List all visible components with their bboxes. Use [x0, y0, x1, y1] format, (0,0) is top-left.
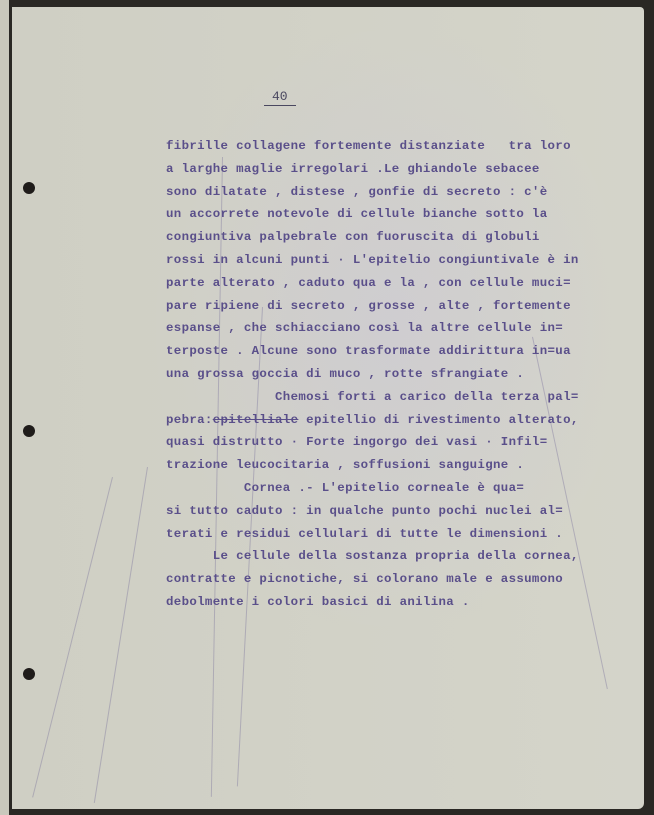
text-line: un accorrete notevole di cellule bianche…	[166, 203, 546, 226]
punch-hole	[23, 425, 35, 437]
struck-text: epitelliale	[213, 413, 299, 427]
text-line: pare ripiene di secreto , grosse , alte …	[166, 295, 546, 318]
text-line: una grossa goccia di muco , rotte sfrang…	[166, 363, 546, 386]
text-line: Chemosi forti a carico della terza pal=	[166, 386, 546, 409]
text-line: terposte . Alcune sono trasformate addir…	[166, 340, 546, 363]
text-line: debolmente i colori basici di anilina .	[166, 591, 546, 614]
text-line: contratte e picnotiche, si colorano male…	[166, 568, 546, 591]
text-line: espanse , che schiacciano così la altre …	[166, 317, 546, 340]
text-line: Le cellule della sostanza propria della …	[166, 545, 546, 568]
previous-page-edge	[0, 0, 9, 815]
text-line: si tutto caduto : in qualche punto pochi…	[166, 500, 546, 523]
text-line: quasi distrutto · Forte ingorgo dei vasi…	[166, 431, 546, 454]
text-line: sono dilatate , distese , gonfie di secr…	[166, 181, 546, 204]
text-line: fibrille collagene fortemente distanziat…	[166, 135, 546, 158]
text-line: parte alterato , caduto qua e la , con c…	[166, 272, 546, 295]
text-line: trazione leucocitaria , soffusioni sangu…	[166, 454, 546, 477]
text-line: pebra:epitelliale epitellio di rivestime…	[166, 409, 546, 432]
text-line: rossi in alcuni punti · L'epitelio congi…	[166, 249, 546, 272]
page-number: 40	[264, 89, 296, 106]
text-line: Cornea .- L'epitelio corneale è qua=	[166, 477, 546, 500]
text-line: a larghe maglie irregolari .Le ghiandole…	[166, 158, 546, 181]
text-line: terati e residui cellulari di tutte le d…	[166, 523, 546, 546]
punch-hole	[23, 668, 35, 680]
text-line: congiuntiva palpebrale con fuoruscita di…	[166, 226, 546, 249]
pencil-mark	[32, 477, 113, 797]
typed-body-text: fibrille collagene fortemente distanziat…	[166, 135, 546, 614]
punch-hole	[23, 182, 35, 194]
